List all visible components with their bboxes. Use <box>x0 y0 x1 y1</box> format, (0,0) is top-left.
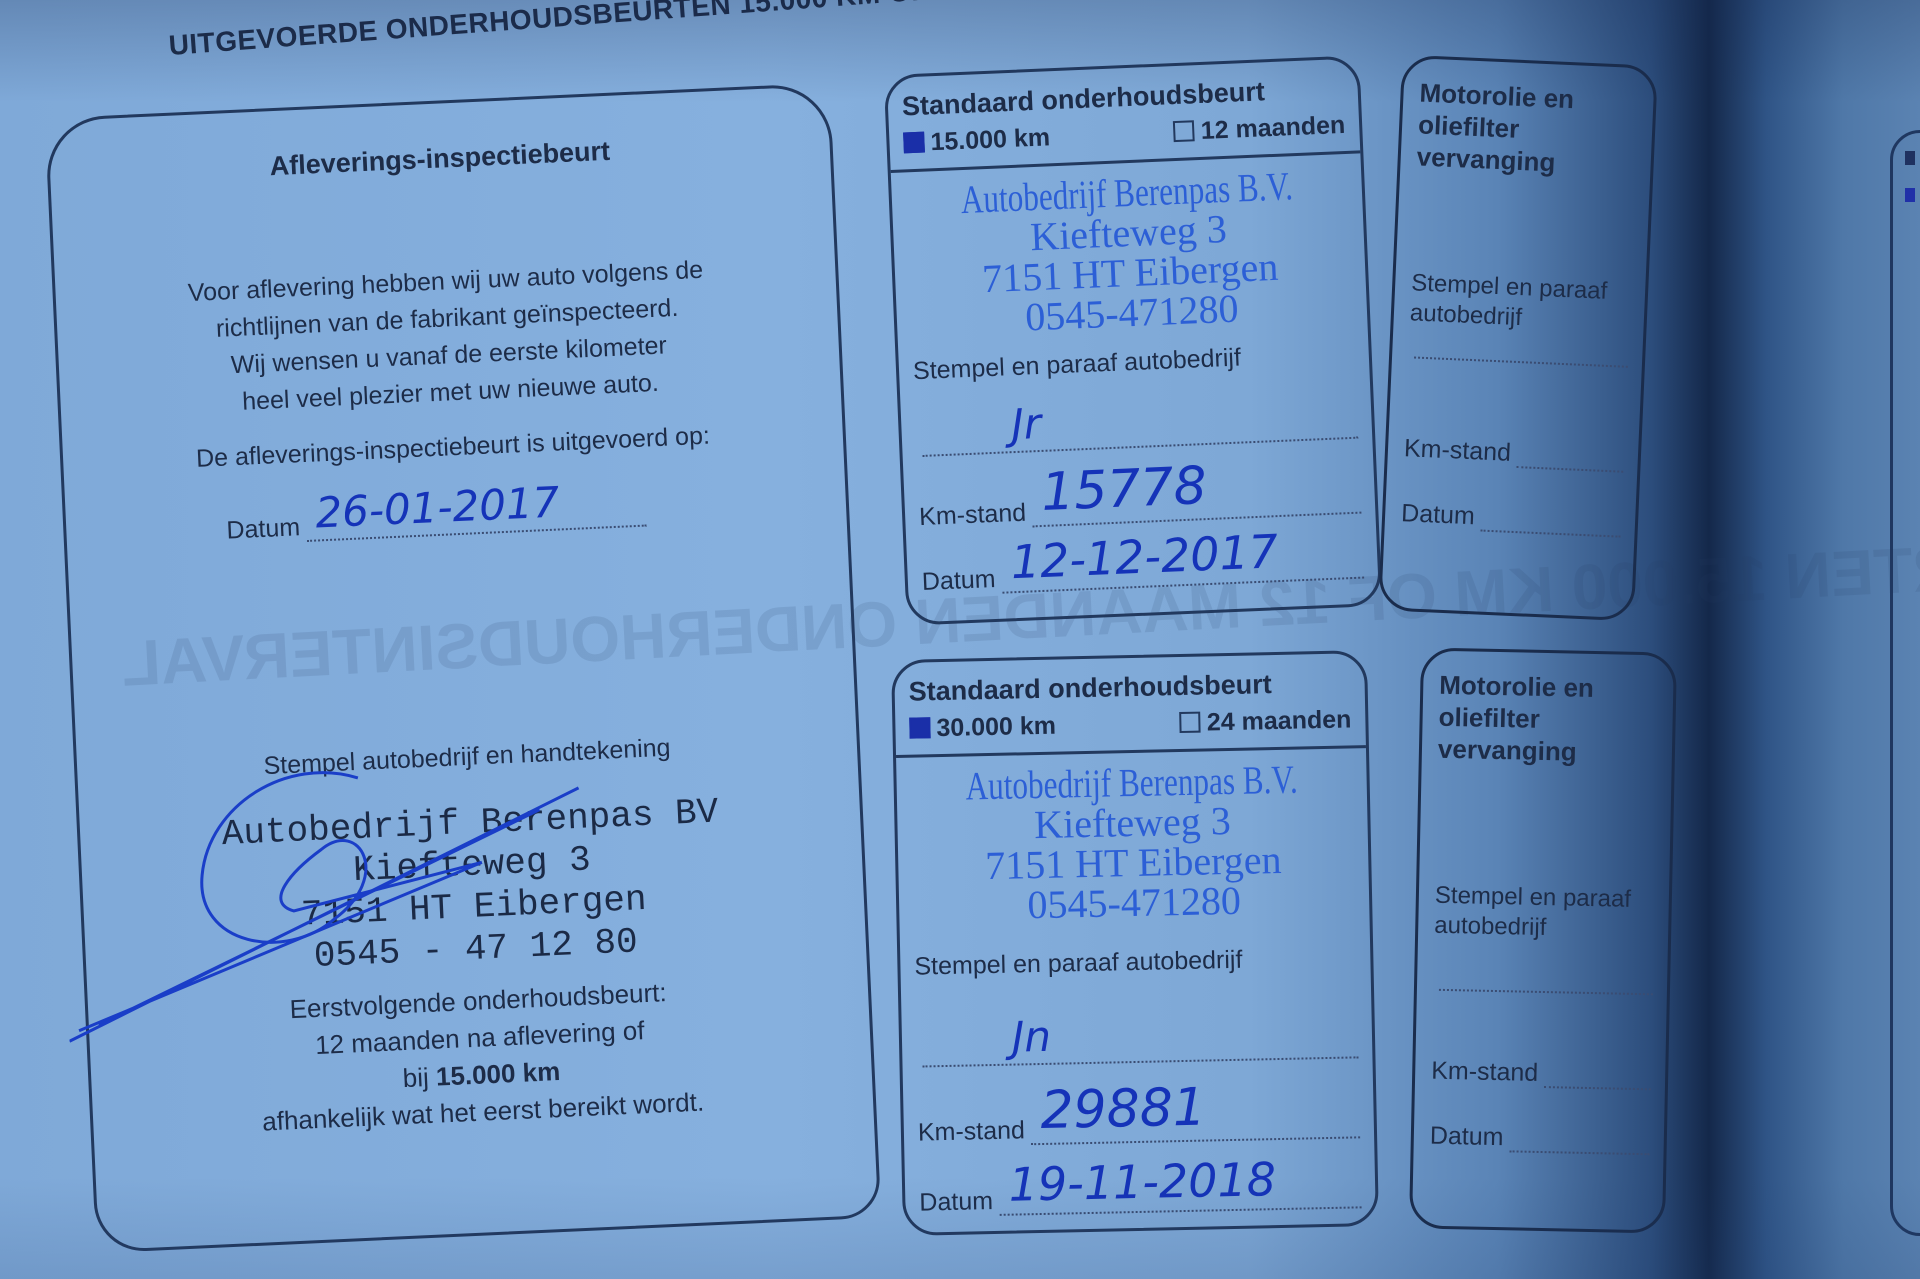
option-km-checkbox[interactable]: 30.000 km <box>909 712 1056 744</box>
checkbox-checked-icon <box>1905 188 1915 202</box>
option-months-checkbox[interactable]: 24 maanden <box>1180 705 1352 738</box>
stamp-label: Stempel en paraaf autobedrijf <box>913 344 1242 387</box>
km-field[interactable]: Km-stand <box>1403 423 1625 473</box>
dealer-stamp: Autobedrijf Berenpas B.V. Kiefteweg 3 71… <box>916 759 1349 928</box>
km-label: Km-stand <box>1403 434 1511 468</box>
date-label: Datum <box>921 565 996 597</box>
km-field[interactable]: Km-stand <box>1431 1046 1652 1091</box>
km-field[interactable]: Km-stand 29881 <box>917 1078 1360 1147</box>
stamp-label: Stempel en paraaf autobedrijf <box>914 946 1243 982</box>
paraaf-field[interactable]: Jr <box>915 389 1359 457</box>
performed-on-label: De afleverings-inspectiebeurt is uitgevo… <box>83 416 824 479</box>
km-label: Km-stand <box>1431 1057 1539 1088</box>
km-label: Km-stand <box>918 1116 1026 1147</box>
checkbox-empty-icon <box>1173 120 1195 142</box>
oil-change-box-2: Motorolie en oliefilter vervanging Stemp… <box>1409 647 1677 1233</box>
dealer-stamp: Autobedrijf Berenpas B.V. Kiefteweg 3 71… <box>911 164 1347 342</box>
date-label: Datum <box>1430 1122 1504 1153</box>
date-label: Datum <box>1401 499 1476 531</box>
oil-change-title: Motorolie en oliefilter vervanging <box>1438 669 1674 770</box>
oil-change-title: Motorolie en oliefilter vervanging <box>1416 76 1654 182</box>
paraaf-value: Jn <box>1011 1012 1051 1062</box>
text-fragment-icon <box>1905 151 1915 165</box>
delivery-inspection-paragraph: Voor aflevering hebben wij uw auto volge… <box>75 247 821 428</box>
service-box-30000: Standaard onderhoudsbeurt 30.000 km 24 m… <box>891 650 1379 1236</box>
service-box-15000: Standaard onderhoudsbeurt 15.000 km 12 m… <box>884 55 1383 625</box>
date-field[interactable]: Datum <box>1401 488 1623 538</box>
next-page-box-edge <box>1890 130 1920 1236</box>
date-label: Datum <box>226 513 301 545</box>
option-months-checkbox[interactable]: 12 maanden <box>1173 111 1346 147</box>
oil-change-box-1: Motorolie en oliefilter vervanging Stemp… <box>1378 55 1658 622</box>
delivery-inspection-title: Afleverings-inspectiebeurt <box>50 126 831 192</box>
service-title: Standaard onderhoudsbeurt <box>908 669 1272 708</box>
paraaf-field[interactable]: Jn <box>915 998 1358 1067</box>
paraaf-field[interactable] <box>1408 348 1628 368</box>
option-km-checkbox[interactable]: 15.000 km <box>903 123 1051 158</box>
km-field[interactable]: Km-stand 15778 <box>917 454 1361 532</box>
checkbox-checked-icon <box>903 132 925 154</box>
delivery-date-value: 26-01-2017 <box>314 477 560 537</box>
date-field[interactable]: Datum 12-12-2017 <box>920 519 1364 597</box>
checkbox-checked-icon <box>909 717 930 738</box>
page-heading: UITGEVOERDE ONDERHOUDSBEURTEN 15.000 KM … <box>168 0 1481 62</box>
km-label: Km-stand <box>919 499 1027 532</box>
date-value: 19-11-2018 <box>1008 1152 1276 1212</box>
delivery-inspection-box: Afleverings-inspectiebeurt Voor afleveri… <box>45 83 882 1253</box>
stamp-label: Stempel en paraaf autobedrijf <box>1434 881 1631 945</box>
stamp-label: Stempel en paraaf autobedrijf <box>1409 268 1608 336</box>
date-label: Datum <box>919 1187 993 1218</box>
date-field[interactable]: Datum 19-11-2018 <box>918 1148 1361 1217</box>
km-value: 15778 <box>1040 456 1208 523</box>
delivery-date-field[interactable]: Datum 26-01-2017 <box>226 495 647 546</box>
date-value: 12-12-2017 <box>1010 524 1279 589</box>
km-value: 29881 <box>1040 1078 1207 1141</box>
paraaf-field[interactable] <box>1433 981 1653 996</box>
date-field[interactable]: Datum <box>1430 1111 1651 1156</box>
checkbox-empty-icon <box>1180 712 1201 733</box>
paraaf-value: Jr <box>1010 399 1042 449</box>
